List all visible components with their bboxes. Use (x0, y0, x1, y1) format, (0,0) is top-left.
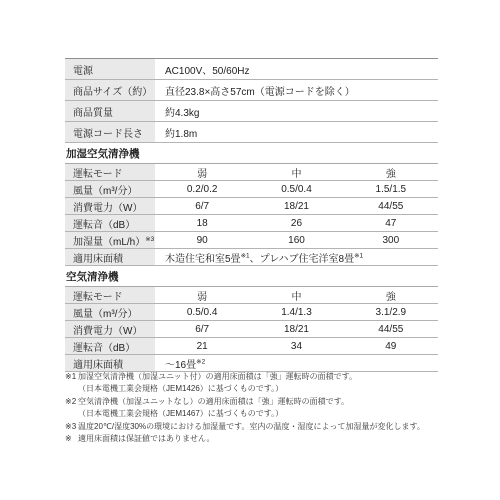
spec-row-floor-area: 適用床面積 ～16畳※2 (65, 355, 438, 372)
value-cell: 47 (344, 215, 438, 231)
value-cell: 44/55 (344, 321, 438, 337)
footnote-marker: ※2 (65, 396, 78, 408)
footnote-line: （日本電機工業会規格（JEM1426）に基づくものです。） (65, 383, 457, 395)
footnote-marker: ※1 (65, 371, 78, 383)
footnote-line: ※ 適用床面積は保証値ではありません。 (65, 433, 457, 445)
floor-area-value: ～16畳※2 (155, 355, 438, 371)
spec-label: 運転音（dB） (65, 338, 155, 354)
spec-row-size: 商品サイズ（約） 直径23.8×高さ57cm（電源コードを除く） (65, 80, 438, 101)
spec-row-noise: 運転音（dB） 21 34 49 (65, 338, 438, 355)
spec-label: 風量（m³/分） (65, 181, 155, 197)
footnote-line: ※3 温度20℃/湿度30%の環境における加湿量です。室内の温度・湿度によって加… (65, 421, 457, 433)
footnote-marker: ※ (65, 433, 78, 445)
footnote-text: 空気清浄機（加湿ユニットなし）の適用床面積は「強」運転時の面積です。 (78, 396, 457, 408)
footnote-text: 温度20℃/湿度30%の環境における加湿量です。室内の温度・湿度によって加湿量が… (78, 421, 457, 433)
footnote-line: ※1 加湿空気清浄機（加湿ユニット付）の適用床面積は「強」運転時の面積です。 (65, 371, 457, 383)
spec-value: 約1.8m (155, 122, 438, 142)
mode-cell-weak: 弱 (155, 287, 249, 303)
spec-value: 直径23.8×高さ57cm（電源コードを除く） (155, 80, 438, 100)
value-cell: 300 (344, 232, 438, 248)
spec-label: 風量（m³/分） (65, 304, 155, 320)
footnote-line: （日本電機工業会規格（JEM1467）に基づくものです。） (65, 408, 457, 420)
spec-label: 適用床面積 (65, 355, 155, 371)
spec-row-power: 電源 AC100V、50/60Hz (65, 59, 438, 80)
floor-area-text: 木造住宅和室5畳※1、プレハブ住宅洋室8畳※1 (165, 250, 363, 265)
mode-cell-mid: 中 (249, 164, 343, 180)
floor-area-value: 木造住宅和室5畳※1、プレハブ住宅洋室8畳※1 (155, 249, 438, 265)
value-cell: 34 (249, 338, 343, 354)
spec-row-weight: 商品質量 約4.3kg (65, 101, 438, 122)
footnote-text: （日本電機工業会規格（JEM1467）に基づくものです。） (78, 408, 457, 420)
footnote-ref: ※1 (241, 252, 250, 259)
spec-row-airflow: 風量（m³/分） 0.2/0.2 0.5/0.4 1.5/1.5 (65, 181, 438, 198)
spec-row-power-consumption: 消費電力（W） 6/7 18/21 44/55 (65, 321, 438, 338)
mode-cell-strong: 強 (344, 287, 438, 303)
spec-label: 商品サイズ（約） (65, 80, 155, 100)
value-cell: 6/7 (155, 321, 249, 337)
footnote-text: 適用床面積は保証値ではありません。 (78, 433, 457, 445)
value-cell: 18/21 (249, 198, 343, 214)
value-cell: 21 (155, 338, 249, 354)
spec-label: 電源 (65, 59, 155, 79)
value-cell: 0.5/0.4 (155, 304, 249, 320)
value-cell: 0.5/0.4 (249, 181, 343, 197)
spec-row-humidification: 加湿量（mL/h）※3 90 160 300 (65, 232, 438, 249)
footnotes: ※1 加湿空気清浄機（加湿ユニット付）の適用床面積は「強」運転時の面積です。 （… (65, 371, 457, 445)
spec-label: 運転モード (65, 287, 155, 303)
footnote-line: ※2 空気清浄機（加湿ユニットなし）の適用床面積は「強」運転時の面積です。 (65, 396, 457, 408)
spec-value: AC100V、50/60Hz (155, 59, 438, 79)
footnote-marker (65, 383, 78, 395)
product-spec-table: 電源 AC100V、50/60Hz 商品サイズ（約） 直径23.8×高さ57cm… (65, 58, 438, 372)
value-cell: 26 (249, 215, 343, 231)
footnote-ref: ※1 (354, 252, 363, 259)
mode-cell-mid: 中 (249, 287, 343, 303)
value-cell: 90 (155, 232, 249, 248)
spec-row-cord-length: 電源コード長さ 約1.8m (65, 122, 438, 143)
spec-label: 運転モード (65, 164, 155, 180)
floor-area-part: 木造住宅和室5畳 (165, 254, 241, 265)
footnote-text: （日本電機工業会規格（JEM1426）に基づくものです。） (78, 383, 457, 395)
spec-row-airflow: 風量（m³/分） 0.5/0.4 1.4/1.3 3.1/2.9 (65, 304, 438, 321)
spec-label: 消費電力（W） (65, 321, 155, 337)
value-cell: 6/7 (155, 198, 249, 214)
value-cell: 160 (249, 232, 343, 248)
value-cell: 18/21 (249, 321, 343, 337)
spec-label: 商品質量 (65, 101, 155, 121)
mode-cell-strong: 強 (344, 164, 438, 180)
spec-row-noise: 運転音（dB） 18 26 47 (65, 215, 438, 232)
section-title-air-purifier: 空気清浄機 (65, 266, 438, 287)
floor-area-text: ～16畳※2 (165, 356, 205, 371)
value-cell: 49 (344, 338, 438, 354)
mode-cell-weak: 弱 (155, 164, 249, 180)
spec-row-mode: 運転モード 弱 中 強 (65, 287, 438, 304)
spec-label: 電源コード長さ (65, 122, 155, 142)
spec-label: 適用床面積 (65, 249, 155, 265)
spec-row-floor-area: 適用床面積 木造住宅和室5畳※1、プレハブ住宅洋室8畳※1 (65, 249, 438, 266)
spec-label-text: 加湿量（mL/h） (73, 233, 145, 248)
value-cell: 0.2/0.2 (155, 181, 249, 197)
spec-row-power-consumption: 消費電力（W） 6/7 18/21 44/55 (65, 198, 438, 215)
footnote-ref: ※2 (196, 358, 205, 365)
spec-value: 約4.3kg (155, 101, 438, 121)
floor-area-part: 、プレハブ住宅洋室8畳 (250, 254, 354, 265)
value-cell: 18 (155, 215, 249, 231)
section-title-humidifier-purifier: 加湿空気清浄機 (65, 143, 438, 164)
value-cell: 44/55 (344, 198, 438, 214)
spec-label: 加湿量（mL/h）※3 (65, 232, 155, 248)
spec-label: 運転音（dB） (65, 215, 155, 231)
footnote-ref: ※3 (145, 237, 154, 244)
footnote-marker (65, 408, 78, 420)
value-cell: 1.4/1.3 (249, 304, 343, 320)
footnote-marker: ※3 (65, 421, 78, 433)
value-cell: 3.1/2.9 (344, 304, 438, 320)
value-cell: 1.5/1.5 (344, 181, 438, 197)
floor-area-part: ～16畳 (165, 360, 196, 371)
spec-label: 消費電力（W） (65, 198, 155, 214)
spec-row-mode: 運転モード 弱 中 強 (65, 164, 438, 181)
footnote-text: 加湿空気清浄機（加湿ユニット付）の適用床面積は「強」運転時の面積です。 (78, 371, 457, 383)
